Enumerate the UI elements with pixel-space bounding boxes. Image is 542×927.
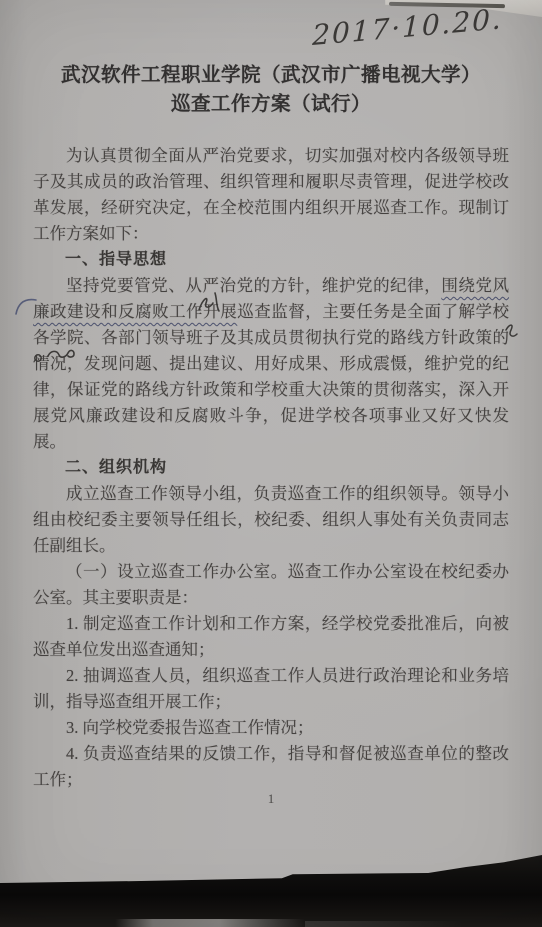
document-title-line1: 武汉软件工程职业学院（武汉市广播电视大学）	[33, 61, 509, 90]
desk-edge-highlight-dim	[305, 921, 465, 927]
intro-paragraph: 为认真贯彻全面从严治党要求，切实加强对校内各级领导班子及其成员的政治管理、组织管…	[33, 143, 509, 247]
photo-of-document: 2017·10.20. 武汉软件工程职业学院（武汉市广播电视大学） 巡查工作方案…	[0, 0, 542, 927]
duty-item-4: 4. 负责巡查结果的反馈工作，指导和督促被巡查单位的整改工作；	[33, 741, 509, 793]
section2-paragraph-1: 成立巡查工作领导小组，负责巡查工作的组织领导。领导小组由校纪委主要领导任组长，校…	[33, 481, 509, 559]
handwritten-date: 2017·10.20.	[312, 5, 472, 52]
section1-text-after: 巡查监督，主要任务是全面了解学校各学院、各部门领导班子及其成员贯彻执行党的路线方…	[33, 302, 509, 451]
desk-edge-highlight	[115, 919, 305, 927]
section2-heading: 二、组织机构	[33, 455, 509, 481]
desk-background	[0, 847, 542, 927]
document-title-line2: 巡查工作方案（试行）	[33, 90, 509, 119]
duty-item-2: 2. 抽调巡查人员，组织巡查工作人员进行政治理论和业务培训，指导巡查组开展工作；	[33, 663, 509, 715]
document-body: 武汉软件工程职业学院（武汉市广播电视大学） 巡查工作方案（试行） 为认真贯彻全面…	[33, 61, 509, 793]
page-number: 1	[0, 791, 542, 807]
section1-paragraph: 坚持党要管党、从严治党的方针，维护党的纪律，围绕党风廉政建设和反腐败工作开展巡查…	[33, 273, 509, 455]
section1-text-before: 坚持党要管党、从严治党的方针，维护党的纪律，	[66, 276, 441, 295]
duty-item-3: 3. 向学校党委报告巡查工作情况；	[33, 715, 509, 741]
duty-item-1: 1. 制定巡查工作计划和工作方案，经学校党委批准后，向被巡查单位发出巡查通知；	[33, 611, 509, 663]
section1-heading: 一、指导思想	[33, 247, 509, 273]
section2-paragraph-2: （一）设立巡查工作办公室。巡查工作办公室设在校纪委办公室。其主要职责是：	[33, 559, 509, 611]
